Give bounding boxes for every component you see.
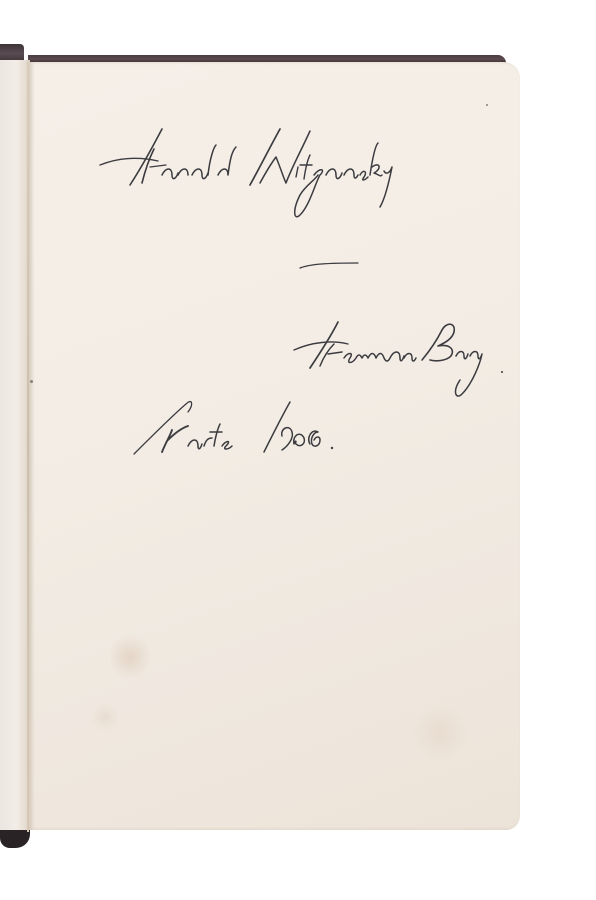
binding-spine-top: [0, 44, 24, 60]
separator-dash: [298, 260, 362, 270]
page-stain: [110, 632, 150, 682]
open-book: Harald Witzansky — Herman Bang Marts 190…: [0, 0, 596, 900]
page-gutter: [27, 62, 29, 832]
left-flyleaf: [0, 60, 30, 838]
book-page: Harald Witzansky — Herman Bang Marts 190…: [30, 62, 520, 830]
page-stain: [410, 702, 470, 762]
binding-spine-bottom: [0, 830, 30, 848]
page-speck: [30, 380, 33, 383]
page-speck: [486, 104, 488, 106]
page-stain: [90, 702, 120, 732]
